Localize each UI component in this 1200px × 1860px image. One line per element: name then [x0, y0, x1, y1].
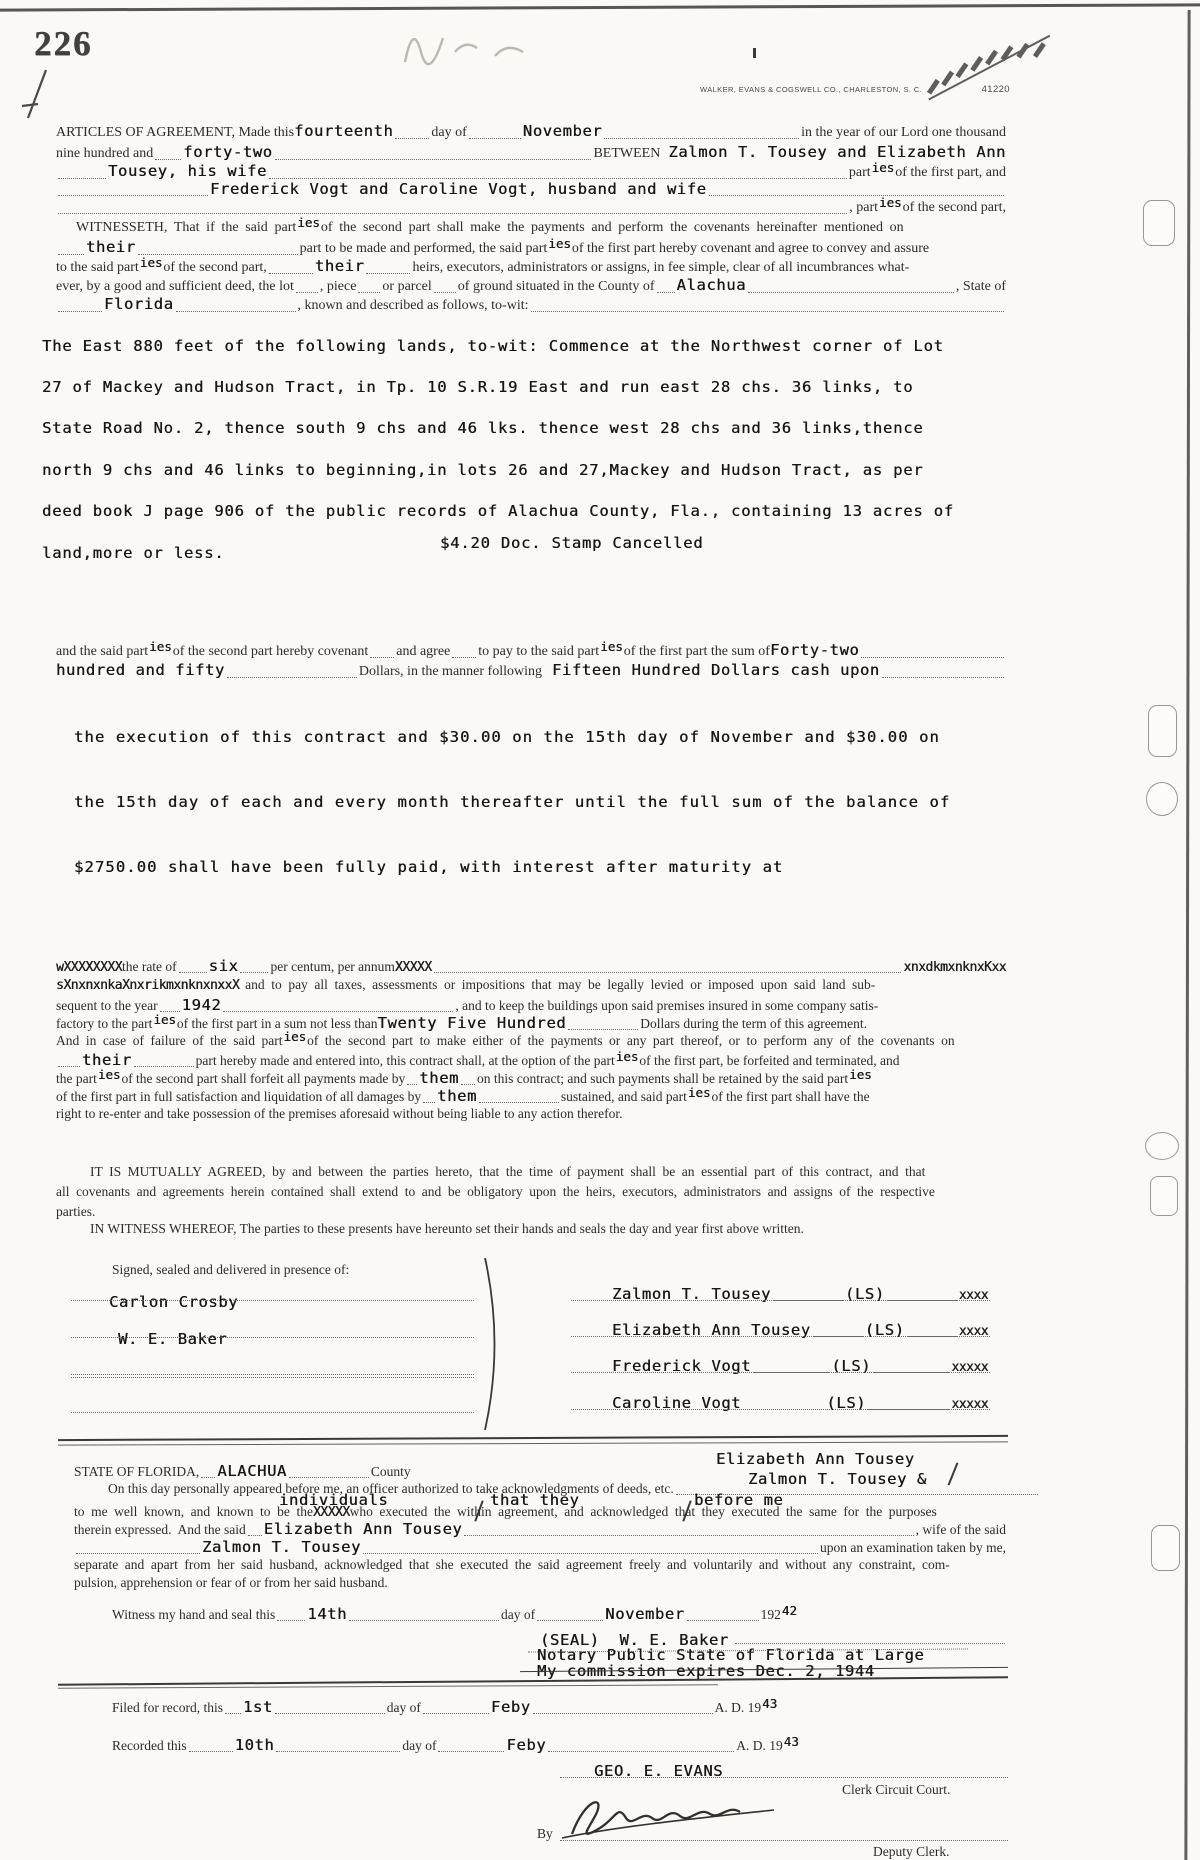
printed-text: STATE OF FLORIDA,: [74, 1464, 199, 1481]
dotted-leader: [861, 657, 1004, 658]
recorded-line: Recorded this 10th day of Feby A. D. 19 …: [112, 1736, 872, 1755]
dotted-line: [735, 1643, 1005, 1644]
typed-entry: November: [605, 1605, 684, 1624]
printed-text: Signed, sealed and delivered in presence…: [112, 1262, 349, 1279]
witness-seal-line: Witness my hand and seal this 14th day o…: [112, 1605, 882, 1624]
printed-text: of the second part hereby covenant: [173, 643, 369, 661]
printed-text: part hereby made and entered into, this …: [196, 1053, 615, 1070]
dotted-leader: [248, 1535, 262, 1536]
typed-entry: 14th: [307, 1605, 347, 1624]
strikeover-text: xxxxx: [951, 1397, 988, 1413]
dotted-leader: [58, 195, 208, 196]
dotted-leader: [407, 1084, 417, 1085]
printed-text: of the first part in full satisfaction a…: [56, 1089, 421, 1106]
payment-typed-line: the execution of this contract and $30.0…: [74, 727, 950, 749]
agreement-line-6: WITNESSETH, That if the said part ies of…: [56, 219, 1006, 237]
dotted-leader: [604, 138, 799, 139]
printed-text: all covenants and agreements herein cont…: [56, 1184, 935, 1201]
dotted-leader: [548, 1751, 734, 1752]
notary-typed-name-top: Elizabeth Ann Tousey: [716, 1450, 915, 1469]
dotted-leader: [134, 1066, 194, 1067]
agreement-line-4: Frederick Vogt and Caroline Vogt, husban…: [56, 180, 1006, 199]
dotted-leader: [223, 1011, 453, 1012]
terms-line-2: sXnxnxnkaXnxrikmxnknxnxxX and to pay all…: [56, 977, 1006, 994]
agreement-line-2: nine hundred and forty-two BETWEEN Zalmo…: [56, 143, 1006, 163]
notary-line-2: to me well known, and known to be the XX…: [74, 1504, 1006, 1521]
typed-entry: 1st: [243, 1698, 273, 1717]
printed-text: nine hundred and: [56, 145, 153, 163]
description-line: north 9 chs and 46 links to beginning,in…: [42, 464, 954, 478]
typed-overtype: ies: [284, 1029, 307, 1045]
presence-label: Signed, sealed and delivered in presence…: [112, 1262, 349, 1279]
typed-entry: forty-two: [183, 143, 272, 162]
agreement-line-1: ARTICLES OF AGREEMENT, Made this fourtee…: [56, 122, 1006, 142]
dotted-leader: [269, 273, 313, 274]
typed-signature: Elizabeth Ann Tousey: [612, 1321, 811, 1340]
printer-number: 41220: [982, 84, 1010, 95]
printed-text: And in case of failure of the said part: [56, 1033, 283, 1050]
dotted-leader: [225, 1713, 241, 1714]
printed-text: day of: [402, 1738, 436, 1755]
binder-hole: [1143, 200, 1175, 246]
typed-entry: Twenty Five Hundred: [378, 1014, 567, 1033]
typed-entry: Zalmon T. Tousey and Elizabeth Ann: [668, 143, 1006, 162]
page-top-edge: [0, 3, 1200, 11]
payment-typed-line: the 15th day of each and every month the…: [74, 792, 950, 814]
printed-text: of the first part, and: [895, 164, 1006, 182]
printed-text: part: [849, 164, 871, 182]
printed-text: per centum, per annum: [270, 959, 394, 976]
printed-text: of the first part in a sum not less than: [177, 1016, 378, 1033]
printed-text: BETWEEN: [593, 145, 660, 163]
typed-entry: Frederick Vogt and Caroline Vogt, husban…: [210, 180, 707, 199]
dotted-leader: [289, 1477, 369, 1478]
printed-text: , part: [849, 199, 878, 217]
printed-text: , State of: [956, 278, 1006, 296]
printed-text: or parcel: [382, 278, 431, 296]
dotted-line: [560, 1777, 1008, 1778]
printed-text: therein expressed. And the said: [74, 1522, 246, 1539]
terms-line-7: the part ies of the second part shall fo…: [56, 1069, 1006, 1088]
section-divider: [58, 1684, 718, 1688]
pencil-scribble: [385, 12, 555, 82]
printed-text: of the first part the sum of: [624, 643, 770, 661]
printed-text: the rate of: [122, 959, 177, 976]
signature-brace: [480, 1256, 506, 1432]
dotted-leader: [269, 178, 847, 179]
page-right-edge: [1184, 10, 1190, 1860]
terms-line-3: sequent to the year 1942 , and to keep t…: [56, 996, 1006, 1015]
signature-line: [71, 1300, 474, 1301]
printer-credit: WALKER, EVANS & COGSWELL CO., CHARLESTON…: [700, 84, 1010, 95]
dotted-leader: [438, 1751, 504, 1752]
printer-credit-text: WALKER, EVANS & COGSWELL CO., CHARLESTON…: [700, 85, 922, 94]
typed-signature: Carlon Crosby: [109, 1293, 238, 1312]
typed-overtype: ies: [153, 1012, 176, 1028]
signature-line: [571, 1300, 990, 1301]
terms-line-8: of the first part in full satisfaction a…: [56, 1087, 1006, 1106]
signature-line: [571, 1336, 990, 1337]
binder-hole: [1150, 1176, 1178, 1216]
clerk-name-line: GEO. E. EVANS: [594, 1762, 723, 1781]
signature-line: [71, 1377, 474, 1378]
printed-text: ARTICLES OF AGREEMENT, Made this: [56, 124, 294, 142]
page-number: 226: [34, 24, 93, 64]
agreement-line-9: ever, by a good and sufficient deed, the…: [56, 276, 1006, 296]
typed-entry: them: [437, 1087, 477, 1106]
terms-line-5: And in case of failure of the said part …: [56, 1033, 1006, 1050]
printed-text: IT IS MUTUALLY AGREED, by and between th…: [90, 1164, 925, 1181]
dotted-leader: [882, 677, 1004, 678]
binder-hole: [1148, 705, 1177, 757]
dotted-leader: [349, 1620, 499, 1621]
strikeover-text: wXXXXXXXX: [56, 960, 122, 976]
typed-overtype: 42: [782, 1603, 797, 1619]
printed-text: 192: [761, 1607, 781, 1624]
printed-text: to pay to the said part: [478, 643, 599, 661]
witness-signature-2: W. E. Baker: [118, 1330, 227, 1349]
payment-typed-block: the execution of this contract and $30.0…: [74, 684, 950, 922]
agreement-line-8: to the said part ies of the second part,…: [56, 257, 1006, 277]
printed-text: upon an examination taken by me,: [820, 1540, 1006, 1557]
dotted-leader: [58, 178, 106, 179]
section-divider: [58, 1435, 1008, 1441]
dotted-leader: [155, 159, 181, 160]
clerk-title: Clerk Circuit Court.: [842, 1782, 950, 1799]
mutual-line-2: all covenants and agreements herein cont…: [56, 1184, 1006, 1201]
typed-signature: Frederick Vogt: [612, 1357, 751, 1376]
witness-whereof-line: IN WITNESS WHEREOF, The parties to these…: [56, 1221, 1040, 1238]
printed-text: factory to the part: [56, 1016, 152, 1033]
printed-text: of the second part,: [903, 199, 1006, 217]
typed-entry: Tousey, his wife: [108, 162, 267, 181]
signature-line: [71, 1412, 474, 1413]
printed-text: Recorded this: [112, 1738, 187, 1755]
description-line: deed book J page 906 of the public recor…: [42, 505, 954, 519]
seal-mark: (LS): [865, 1321, 905, 1340]
dotted-leader: [748, 292, 954, 293]
typed-entry: six: [209, 957, 239, 976]
notary-line-6: pulsion, apprehension or fear of or from…: [74, 1575, 1006, 1592]
printed-text: On this day personally appeared before m…: [108, 1481, 674, 1498]
printed-text: sustained, and said part: [561, 1089, 687, 1106]
witness-signature-1: Carlon Crosby: [109, 1293, 238, 1312]
printed-text: and the said part: [56, 643, 148, 661]
terms-line-1: wXXXXXXXX the rate of six per centum, pe…: [56, 957, 1006, 976]
payment-line-1: and the said part ies of the second part…: [56, 641, 1006, 661]
printed-text: on this contract; and such payments shal…: [477, 1071, 848, 1088]
printed-text: A. D. 19: [715, 1700, 762, 1717]
typed-entry: their: [86, 238, 136, 257]
typed-entry: Feby: [506, 1736, 546, 1755]
typed-entry: Elizabeth Ann Tousey: [264, 1520, 463, 1539]
strikeover-text: sXnxnxnkaXnxrikmxnknxnxxX: [56, 978, 239, 994]
printed-text: , and to keep the buildings upon said pr…: [455, 998, 878, 1015]
party-signature-3: Frederick Vogt (LS) xxxxx: [612, 1357, 988, 1376]
typed-entry: ALACHUA: [217, 1462, 287, 1481]
stray-mark: [753, 48, 756, 58]
printed-text: sequent to the year: [56, 998, 158, 1015]
printed-text: to me well known, and known to be the: [74, 1504, 313, 1521]
dotted-leader: [58, 213, 847, 214]
section-divider: [58, 1441, 1008, 1445]
dotted-leader: [76, 1553, 200, 1554]
printed-text: Dollars, in the manner following: [359, 663, 542, 681]
printed-text: and agree: [396, 643, 450, 661]
typed-entry: Zalmon T. Tousey: [202, 1538, 361, 1557]
typed-entry: Forty-two: [770, 641, 859, 660]
typed-entry: 1942: [182, 996, 222, 1015]
signature-line: [71, 1337, 474, 1338]
printed-text: Deputy Clerk.: [873, 1844, 950, 1860]
printed-text: heirs, executors, administrators or assi…: [412, 259, 909, 277]
dotted-leader: [423, 1102, 435, 1103]
printed-text: Filed for record, this: [112, 1700, 223, 1717]
typed-entry: their: [315, 257, 365, 276]
typed-overtype: ies: [600, 639, 623, 655]
printed-text: , piece: [320, 278, 357, 296]
mutual-line-3: parties.: [56, 1204, 1006, 1221]
typed-overtype: 43: [784, 1734, 799, 1750]
dotted-leader: [479, 1102, 559, 1103]
dotted-leader: [434, 972, 902, 973]
signature-line: [71, 1374, 474, 1375]
terms-line-9: right to re-enter and take possession of…: [56, 1106, 1006, 1123]
printed-text: day of: [501, 1607, 535, 1624]
printed-text: Clerk Circuit Court.: [842, 1782, 950, 1799]
strikeover-text: xxxxx: [951, 1360, 988, 1376]
dotted-leader: [275, 159, 592, 160]
typed-entry: them: [419, 1069, 459, 1088]
typed-entry: Fifteen Hundred Dollars cash upon: [552, 661, 880, 680]
typed-entry: Elizabeth Ann Tousey: [716, 1450, 915, 1469]
typed-entry: hundred and fifty: [56, 661, 225, 680]
typed-entry: 10th: [235, 1736, 275, 1755]
agreement-line-3: Tousey, his wife part ies of the first p…: [56, 162, 1006, 182]
typed-entry: November: [523, 122, 602, 141]
mutual-line-1: IT IS MUTUALLY AGREED, by and between th…: [56, 1164, 1040, 1181]
description-line: 27 of Mackey and Hudson Tract, in Tp. 10…: [42, 381, 954, 395]
printed-text: the part: [56, 1071, 97, 1088]
by-label: By: [537, 1826, 553, 1843]
printed-text: WITNESSETH, That if the said part: [76, 219, 296, 237]
dotted-leader: [363, 1553, 818, 1554]
dotted-leader: [58, 1066, 80, 1067]
printed-text: ever, by a good and sufficient deed, the…: [56, 278, 294, 296]
printed-text: to the said part: [56, 259, 139, 277]
typed-entry: fourteenth: [294, 122, 393, 141]
binder-hole: [1146, 782, 1178, 816]
deputy-clerk-handwritten-signature: [560, 1788, 790, 1844]
dotted-leader: [657, 292, 675, 293]
signature-line: [571, 1372, 990, 1373]
printed-text: day of: [387, 1700, 421, 1717]
dotted-leader: [423, 1713, 489, 1714]
signature-line: [571, 1409, 990, 1410]
party-signature-1: Zalmon T. Tousey (LS) xxxx: [612, 1285, 988, 1304]
printed-text: who executed the within agreement, and a…: [350, 1504, 937, 1521]
notary-line-4: Zalmon T. Tousey upon an examination tak…: [74, 1538, 1006, 1557]
printed-text: Witness my hand and seal this: [112, 1607, 275, 1624]
printed-text: County: [371, 1464, 411, 1481]
cancelled-stamp-smudge: [910, 10, 1095, 134]
binder-hole: [1145, 1132, 1179, 1160]
typed-entry: Alachua: [677, 276, 747, 295]
description-line: State Road No. 2, thence south 9 chs and…: [42, 422, 954, 436]
dotted-leader: [537, 1620, 603, 1621]
strikeover-text: xnxdkmxnknxKxx: [903, 960, 1006, 976]
notary-state-line: STATE OF FLORIDA, ALACHUA County: [74, 1462, 494, 1481]
seal-mark: (LS): [845, 1285, 885, 1304]
printed-text: right to re-enter and take possession of…: [56, 1106, 622, 1123]
deputy-clerk-title: Deputy Clerk.: [873, 1844, 950, 1860]
dotted-leader: [358, 292, 380, 293]
printed-text: in the year of our Lord one thousand: [801, 124, 1006, 142]
printed-text: part to be made and performed, the said …: [300, 240, 548, 258]
description-line: The East 880 feet of the following lands…: [42, 340, 954, 354]
payment-typed-line: $2750.00 shall have been fully paid, wit…: [74, 857, 950, 879]
dotted-leader: [452, 657, 476, 658]
printed-text: Dollars during the term of this agreemen…: [640, 1016, 867, 1033]
printed-text: of ground situated in the County of: [458, 278, 655, 296]
agreement-line-7: their part to be made and performed, the…: [56, 238, 1006, 258]
payment-line-2: hundred and fifty Dollars, in the manner…: [56, 661, 1006, 681]
notary-line-3: therein expressed. And the said Elizabet…: [74, 1520, 1006, 1539]
seal-mark: (LS): [831, 1357, 871, 1376]
dotted-leader: [469, 138, 521, 139]
dotted-leader: [687, 1620, 759, 1621]
dotted-leader: [395, 138, 429, 139]
printed-text: of the first part hereby covenant and ag…: [572, 240, 929, 258]
binder-hole: [1151, 1525, 1180, 1571]
typed-overtype: ies: [149, 639, 172, 655]
typed-signature: GEO. E. EVANS: [594, 1762, 723, 1781]
notary-line-5: separate and apart from her said husband…: [74, 1557, 1006, 1574]
dotted-leader: [58, 254, 84, 255]
dotted-leader: [201, 1477, 215, 1478]
party-signature-4: Caroline Vogt (LS) xxxxx: [612, 1394, 988, 1413]
dotted-leader: [277, 1620, 305, 1621]
dotted-leader: [240, 972, 268, 973]
typed-signature: Zalmon T. Tousey: [612, 1285, 771, 1304]
printed-text: of the second part shall forfeit all pay…: [121, 1071, 405, 1088]
dotted-leader: [709, 195, 1004, 196]
dotted-leader: [227, 677, 357, 678]
printed-text: By: [537, 1826, 553, 1843]
typed-signature: Caroline Vogt: [612, 1394, 741, 1413]
printed-text: of the second part to make either of the…: [307, 1033, 955, 1050]
agreement-line-5: , part ies of the second part,: [56, 199, 1006, 217]
dotted-leader: [464, 1535, 913, 1536]
printed-text: of the first part shall have the: [711, 1089, 869, 1106]
handwritten-check-mark: [16, 66, 56, 126]
printed-text: parties.: [56, 1204, 95, 1221]
typed-overtype: ies: [140, 255, 163, 271]
dotted-leader: [370, 657, 394, 658]
dotted-leader: [275, 1713, 385, 1714]
dotted-leader: [568, 1029, 638, 1030]
dotted-leader: [461, 1084, 475, 1085]
filed-line: Filed for record, this 1st day of Feby A…: [112, 1698, 872, 1717]
printed-text: and to pay all taxes, assessments or imp…: [245, 977, 875, 994]
terms-line-4: factory to the part ies of the first par…: [56, 1014, 1006, 1033]
printed-text: pulsion, apprehension or fear of or from…: [74, 1575, 388, 1592]
strikeover-text: xxxx: [959, 1288, 988, 1304]
strikeover-text: xxxx: [959, 1324, 988, 1340]
typed-overtype: ies: [872, 160, 895, 176]
printed-text: of the second part,: [163, 259, 266, 277]
typed-overtype: ies: [98, 1067, 121, 1083]
dotted-leader: [189, 1751, 233, 1752]
strikeover-text: XXXXX: [313, 1505, 350, 1521]
typed-overtype: 43: [762, 1696, 777, 1712]
typed-overtype: ies: [688, 1085, 711, 1101]
strikeover-text: XXXXX: [395, 960, 432, 976]
dotted-leader: [434, 292, 456, 293]
typed-overtype: ies: [879, 195, 902, 211]
dotted-leader: [179, 972, 207, 973]
printed-text: separate and apart from her said husband…: [74, 1557, 950, 1574]
printed-text: day of: [431, 124, 466, 142]
typed-entry: Feby: [491, 1698, 531, 1717]
typed-overtype: ies: [849, 1067, 872, 1083]
scanned-deed-page: 226 WALKER, EVANS & COGSWELL CO., CHARLE…: [0, 0, 1200, 1860]
printed-text: of the second part shall make the paymen…: [321, 219, 904, 237]
dotted-line: [560, 1840, 1008, 1841]
typed-overtype: ies: [297, 215, 320, 231]
printed-text: , wife of the said: [916, 1522, 1006, 1539]
dotted-leader: [366, 273, 410, 274]
dotted-leader: [296, 292, 318, 293]
typed-overtype: ies: [616, 1049, 639, 1065]
printed-text: A. D. 19: [736, 1738, 783, 1755]
seal-mark: (LS): [826, 1394, 866, 1413]
printed-text: IN WITNESS WHEREOF, The parties to these…: [90, 1221, 804, 1238]
typed-overtype: ies: [548, 236, 571, 252]
dotted-leader: [276, 1751, 400, 1752]
party-signature-2: Elizabeth Ann Tousey (LS) xxxx: [612, 1321, 988, 1340]
dotted-leader: [533, 1713, 713, 1714]
typed-signature: W. E. Baker: [118, 1330, 227, 1349]
doc-stamp-note: $4.20 Doc. Stamp Cancelled: [440, 537, 703, 551]
